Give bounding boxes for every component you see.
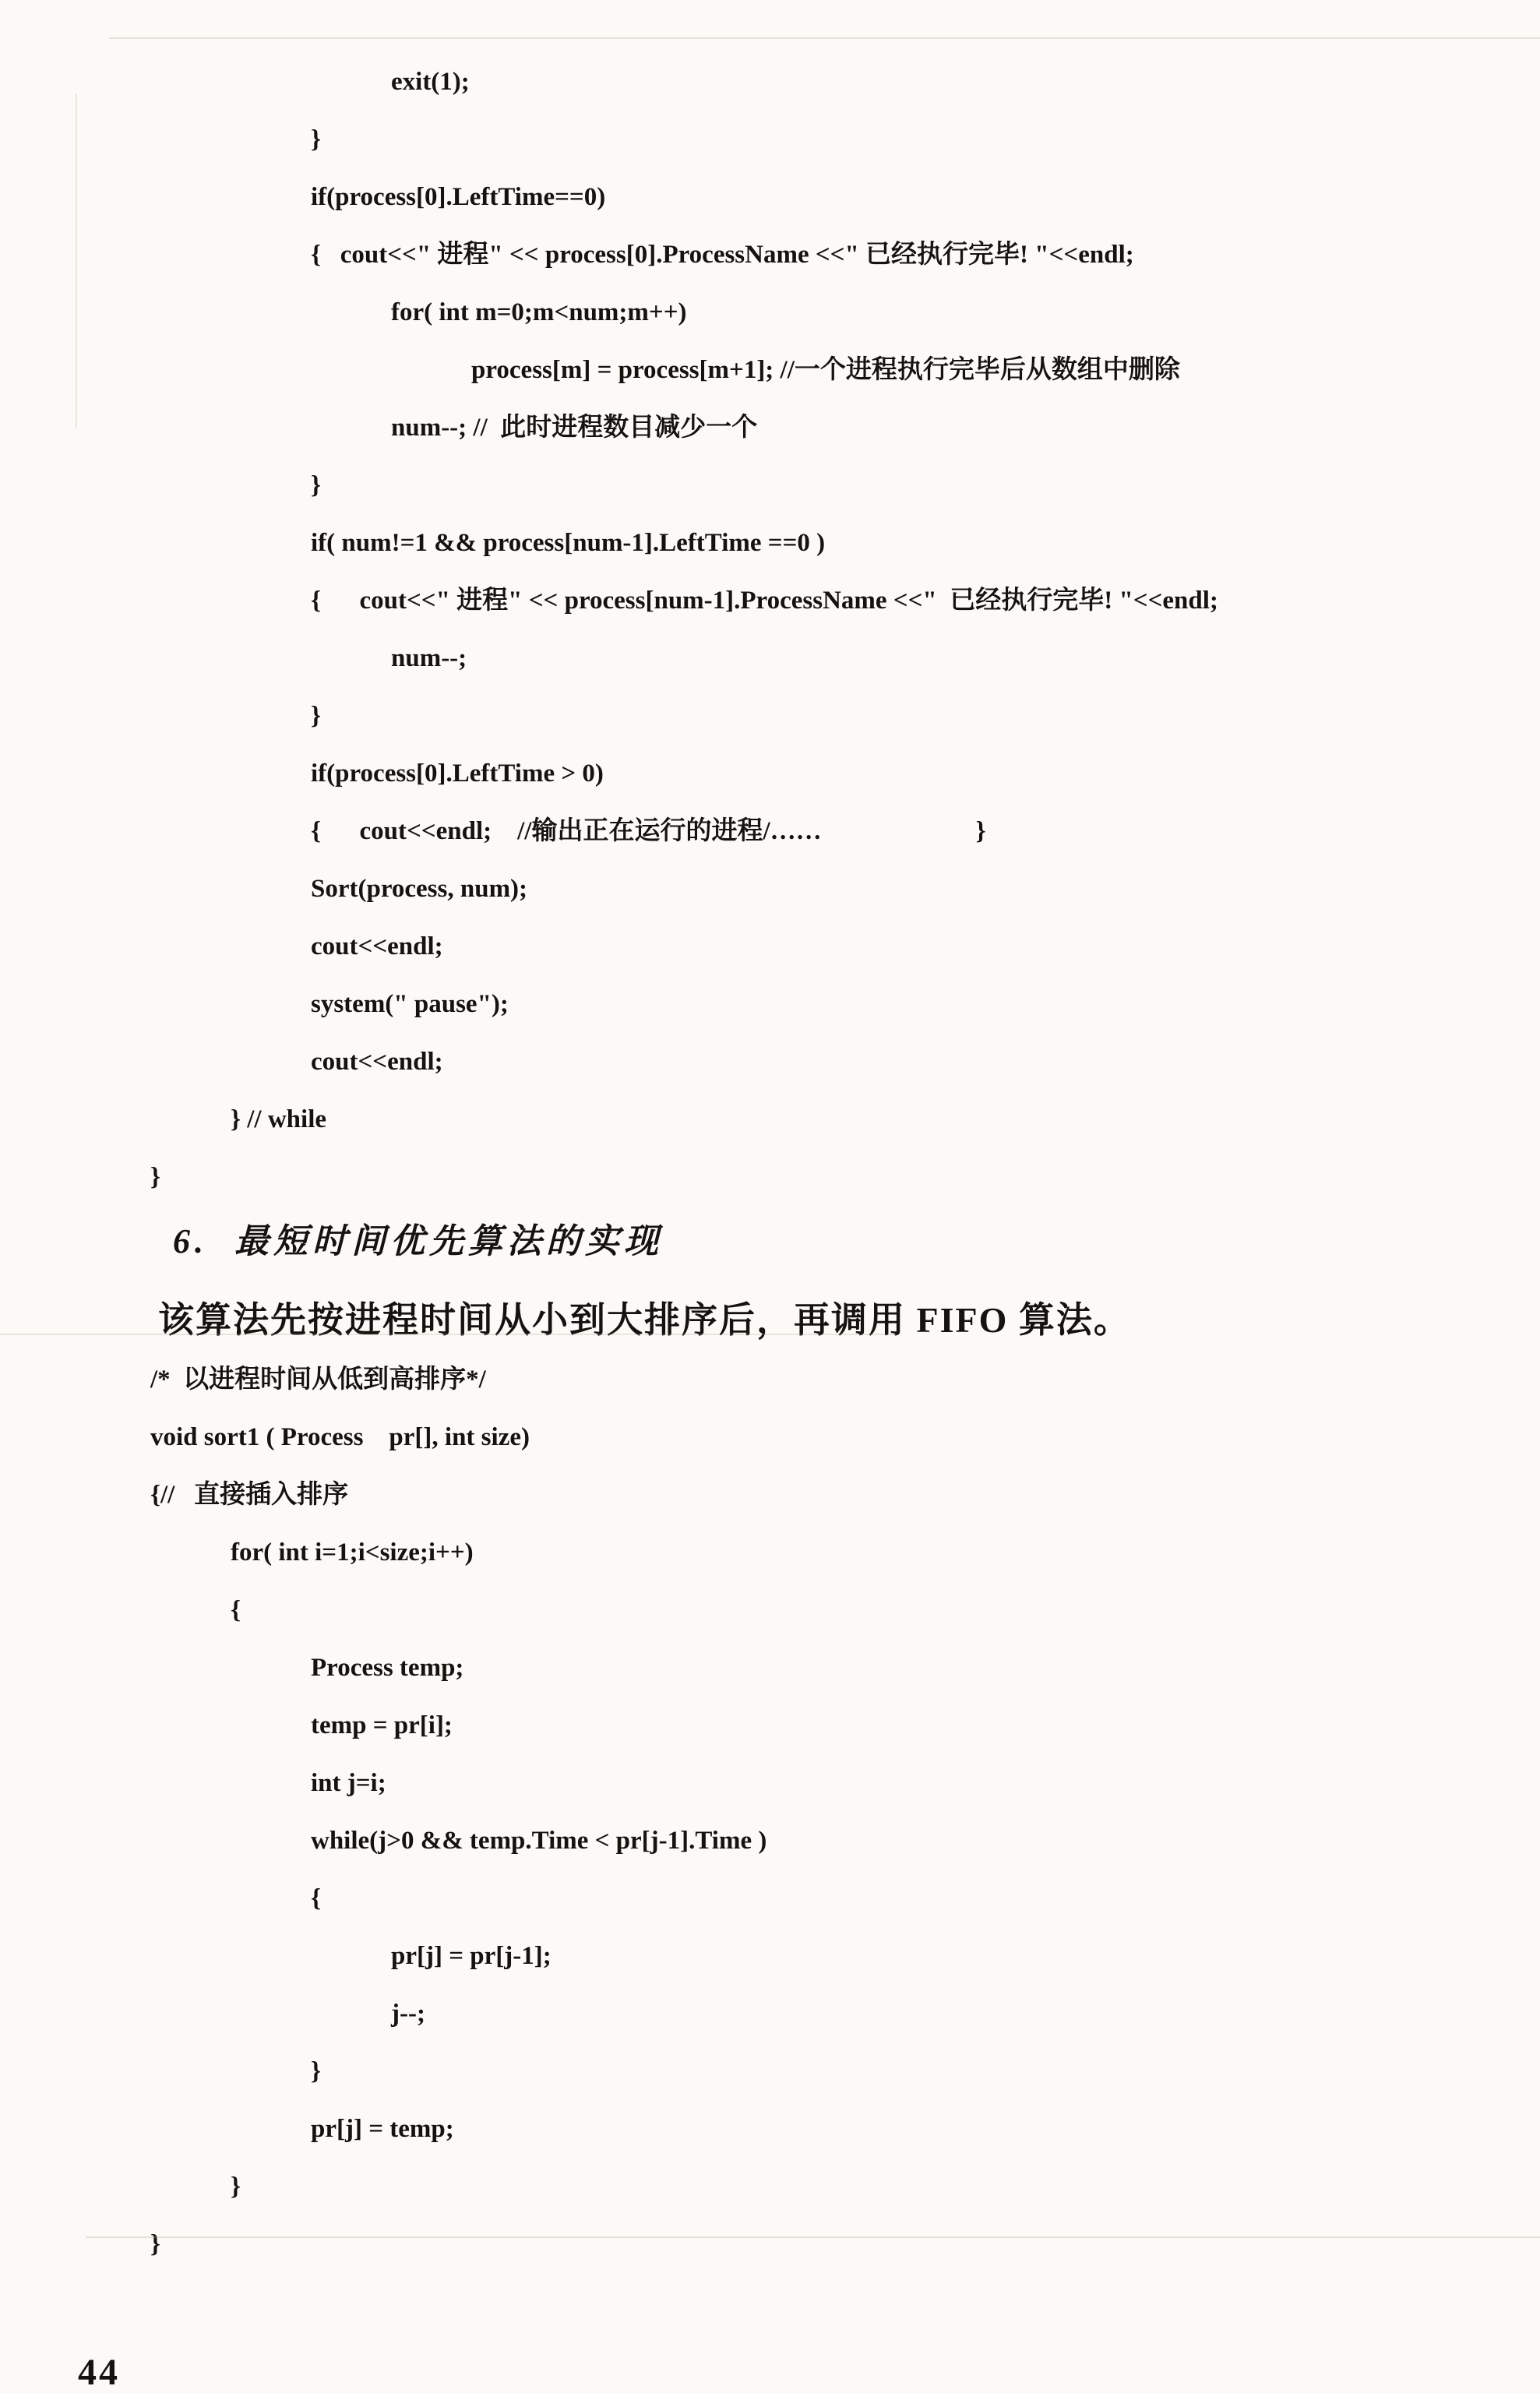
- code-line: temp = pr[i];: [311, 1697, 1540, 1754]
- code-line: cout<<endl;: [311, 918, 1540, 975]
- code-line: }: [231, 2158, 1540, 2215]
- code-line: num--; // 此时进程数目减少一个: [391, 399, 1540, 456]
- code-line: j--;: [391, 1985, 1540, 2042]
- code-line: if( num!=1 && process[num-1].LeftTime ==…: [311, 514, 1540, 572]
- code-block-bottom: /* 以进程时间从低到高排序*/void sort1 ( Process pr[…: [0, 1351, 1540, 2273]
- code-line: }: [311, 456, 1540, 514]
- scan-artifact-line: [109, 37, 1540, 39]
- code-line: int j=i;: [311, 1754, 1540, 1812]
- code-line: for( int i=1;i<size;i++): [231, 1524, 1540, 1581]
- code-line: cout<<endl;: [311, 1033, 1540, 1091]
- code-line: while(j>0 && temp.Time < pr[j-1].Time ): [311, 1812, 1540, 1870]
- code-line: exit(1);: [391, 53, 1540, 111]
- code-line: pr[j] = pr[j-1];: [391, 1927, 1540, 1985]
- code-listing: exit(1);}if(process[0].LeftTime==0){ cou…: [0, 53, 1540, 2273]
- code-line: pr[j] = temp;: [311, 2100, 1540, 2158]
- code-line: } // while: [231, 1091, 1540, 1148]
- code-line: /* 以进程时间从低到高排序*/: [150, 1351, 1540, 1408]
- code-line: process[m] = process[m+1]; //一个进程执行完毕后从数…: [471, 341, 1540, 399]
- section-paragraph: 该算法先按进程时间从小到大排序后，再调用 FIFO 算法。: [158, 1290, 1540, 1351]
- code-line: { cout<<endl; //输出正在运行的进程/…… }: [311, 802, 1540, 860]
- code-line: num--;: [391, 629, 1540, 687]
- code-line: void sort1 ( Process pr[], int size): [150, 1408, 1540, 1466]
- code-line: { cout<<" 进程" << process[num-1].ProcessN…: [311, 572, 1540, 629]
- code-line: system(" pause");: [311, 975, 1540, 1033]
- code-line: {// 直接插入排序: [150, 1466, 1540, 1524]
- code-line: Process temp;: [311, 1639, 1540, 1697]
- code-line: }: [311, 111, 1540, 168]
- code-line: {: [231, 1581, 1540, 1639]
- code-block-top: exit(1);}if(process[0].LeftTime==0){ cou…: [0, 53, 1540, 1206]
- code-line: { cout<<" 进程" << process[0].ProcessName …: [311, 226, 1540, 284]
- code-line: }: [311, 687, 1540, 745]
- code-line: }: [150, 1148, 1540, 1206]
- code-line: if(process[0].LeftTime==0): [311, 168, 1540, 226]
- code-line: Sort(process, num);: [311, 860, 1540, 918]
- code-line: }: [150, 2215, 1540, 2273]
- code-line: for( int m=0;m<num;m++): [391, 284, 1540, 341]
- code-line: if(process[0].LeftTime > 0): [311, 745, 1540, 802]
- code-line: {: [311, 1870, 1540, 1927]
- code-line: }: [311, 2042, 1540, 2100]
- section-heading: 6. 最短时间优先算法的实现: [173, 1212, 1540, 1271]
- page-number: 44: [78, 2351, 120, 2393]
- document-page: exit(1);}if(process[0].LeftTime==0){ cou…: [0, 0, 1540, 2393]
